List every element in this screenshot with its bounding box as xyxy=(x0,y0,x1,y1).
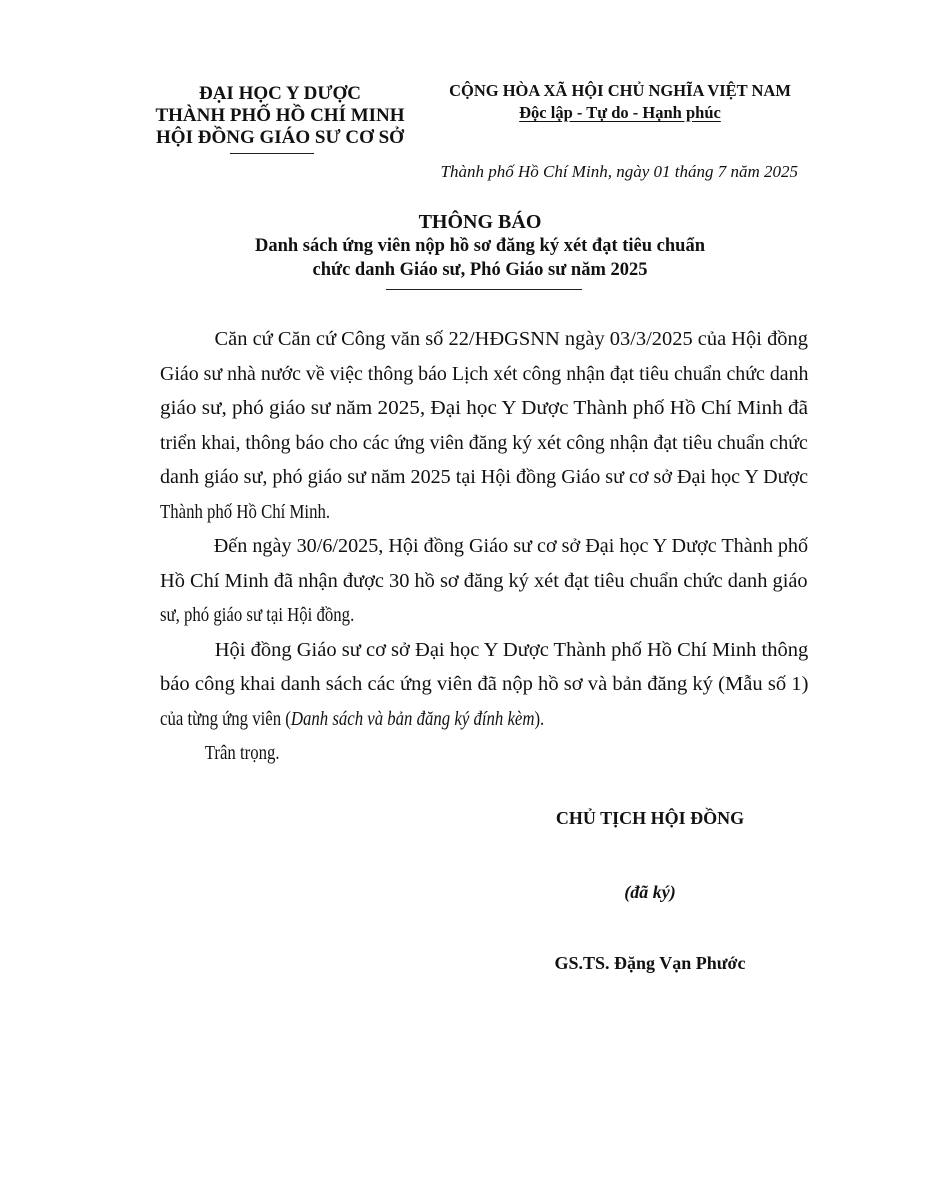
signer-position: CHỦ TỊCH HỘI ĐỒNG xyxy=(500,808,800,829)
document-title: THÔNG BÁO Danh sách ứng viên nộp hồ sơ đ… xyxy=(150,210,810,282)
paragraph-1: Căn cứ Căn cứ Công văn số 22/HĐGSNN ngày… xyxy=(160,323,808,530)
national-motto: Độc lập - Tự do - Hạnh phúc xyxy=(519,103,721,122)
p3-line: của từng ứng viên (Danh sách và bản đăng… xyxy=(160,703,717,738)
org-line-3: HỘI ĐỒNG GIÁO SƯ CƠ SỞ xyxy=(130,127,430,149)
attachment-note: Danh sách và bản đăng ký đính kèm xyxy=(291,709,535,730)
paragraph-3: Hội đồng Giáo sư cơ sở Đại học Y Dược Th… xyxy=(160,634,808,738)
document-body: Căn cứ Căn cứ Công văn số 22/HĐGSNN ngày… xyxy=(160,323,808,772)
title-heading: THÔNG BÁO xyxy=(150,210,810,234)
org-divider xyxy=(230,153,314,154)
p2-line: sư, phó giáo sư tại Hội đồng. xyxy=(160,599,717,634)
issuing-organization: ĐẠI HỌC Y DƯỢC THÀNH PHỐ HỒ CHÍ MINH HỘI… xyxy=(130,83,430,149)
country-name: CỘNG HÒA XÃ HỘI CHỦ NGHĨA VIỆT NAM xyxy=(420,80,820,102)
national-header: CỘNG HÒA XÃ HỘI CHỦ NGHĨA VIỆT NAM Độc l… xyxy=(420,80,820,124)
org-line-1: ĐẠI HỌC Y DƯỢC xyxy=(130,83,430,105)
date-line: Thành phố Hồ Chí Minh, ngày 01 tháng 7 n… xyxy=(360,162,830,182)
p2-line: Đến ngày 30/6/2025, Hội đồng Giáo sư cơ … xyxy=(160,530,830,565)
signed-note: (đã ký) xyxy=(500,882,800,903)
p1-line: Thành phố Hồ Chí Minh. xyxy=(160,496,717,531)
p2-line: Hồ Chí Minh đã nhận được 30 hồ sơ đăng k… xyxy=(160,565,837,600)
p3-line: báo công khai danh sách các ứng viên đã … xyxy=(160,668,844,703)
signer-name: GS.TS. Đặng Vạn Phước xyxy=(500,953,800,974)
p1-line: triển khai, thông báo cho các ứng viên đ… xyxy=(160,427,819,462)
p1-line: Căn cứ Căn cứ Công văn số 22/HĐGSNN ngày… xyxy=(160,323,839,358)
paragraph-2: Đến ngày 30/6/2025, Hội đồng Giáo sư cơ … xyxy=(160,530,808,634)
title-subtitle-1: Danh sách ứng viên nộp hồ sơ đăng ký xét… xyxy=(150,234,810,258)
p3-last-suffix: ). xyxy=(534,709,544,730)
p3-last-prefix: của từng ứng viên ( xyxy=(160,709,291,730)
p1-line: giáo sư, phó giáo sư năm 2025, Đại học Y… xyxy=(160,392,863,427)
closing-greeting: Trân trọng. xyxy=(160,737,717,772)
p1-line: danh giáo sư, phó giáo sư năm 2025 tại H… xyxy=(160,461,828,496)
title-divider xyxy=(386,289,582,290)
org-line-2: THÀNH PHỐ HỒ CHÍ MINH xyxy=(130,105,430,127)
p1-line: Giáo sư nhà nước về việc thông báo Lịch … xyxy=(160,358,821,393)
title-subtitle-2: chức danh Giáo sư, Phó Giáo sư năm 2025 xyxy=(150,258,810,282)
p3-line: Hội đồng Giáo sư cơ sở Đại học Y Dược Th… xyxy=(160,634,842,669)
